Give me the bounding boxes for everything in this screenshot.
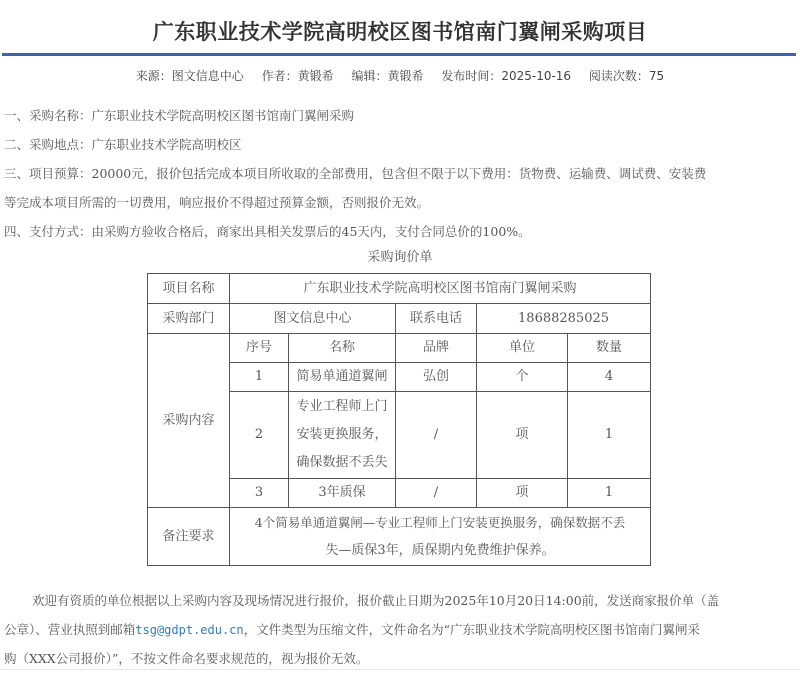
item-unit: 项 xyxy=(477,392,568,479)
row-department: 采购部门 图文信息中心 联系电话 18688285025 xyxy=(148,304,651,334)
section-procurement-name: 一、采购名称：广东职业技术学院高明校区图书馆南门翼闸采购 xyxy=(4,101,798,130)
notice-line-2: 公章）、营业执照到邮箱tsg@gdpt.edu.cn，文件类型为压缩文件，文件命… xyxy=(4,615,798,645)
item-no: 1 xyxy=(230,363,289,392)
remark-line-2: 失—质保3年，质保期内免费维护保养。 xyxy=(232,537,648,565)
item-name: 简易单通道翼闸 xyxy=(289,363,396,392)
section-budget: 三、项目预算：20000元，报价包括完成本项目所收取的全部费用，包含但不限于以下… xyxy=(4,159,798,188)
notice-line-2-before: 公章）、营业执照到邮箱 xyxy=(4,622,135,637)
item-no: 2 xyxy=(230,392,289,479)
item-brand: / xyxy=(396,479,477,508)
remark-label: 备注要求 xyxy=(148,508,230,566)
item-no: 3 xyxy=(230,479,289,508)
title-divider xyxy=(2,53,796,56)
meta-publish-time: 发布时间：2025-10-16 xyxy=(441,69,571,83)
header-brand: 品牌 xyxy=(396,334,477,363)
header-qty: 数量 xyxy=(568,334,651,363)
phone-label: 联系电话 xyxy=(396,304,477,334)
project-name-label: 项目名称 xyxy=(148,274,230,304)
items-header-row: 采购内容 序号 名称 品牌 单位 数量 xyxy=(148,334,651,363)
notice-line-2-after: ，文件类型为压缩文件，文件命名为“广东职业技术学院高明校区图书馆南门翼闸采 xyxy=(244,622,700,637)
item-qty: 1 xyxy=(568,479,651,508)
remark-value: 4个简易单通道翼闸—专业工程师上门安装更换服务，确保数据不丢 失—质保3年，质保… xyxy=(230,508,651,566)
meta-source: 来源：图文信息中心 xyxy=(136,69,244,83)
article-meta: 来源：图文信息中心 作者：黄锻希 编辑：黄锻希 发布时间：2025-10-16 … xyxy=(0,66,800,86)
dept-label: 采购部门 xyxy=(148,304,230,334)
item-qty: 4 xyxy=(568,363,651,392)
item-unit: 项 xyxy=(477,479,568,508)
row-remarks: 备注要求 4个简易单通道翼闸—专业工程师上门安装更换服务，确保数据不丢 失—质保… xyxy=(148,508,651,566)
item-brand: 弘创 xyxy=(396,363,477,392)
remark-line-1: 4个简易单通道翼闸—专业工程师上门安装更换服务，确保数据不丢 xyxy=(232,509,648,537)
header-unit: 单位 xyxy=(477,334,568,363)
quote-form-table: 项目名称 广东职业技术学院高明校区图书馆南门翼闸采购 采购部门 图文信息中心 联… xyxy=(147,273,651,566)
item-name: 专业工程师上门安装更换服务，确保数据不丢失 xyxy=(289,392,396,479)
item-name: 3年质保 xyxy=(289,479,396,508)
bottom-divider xyxy=(0,669,800,670)
item-brand: / xyxy=(396,392,477,479)
quote-form-caption: 采购询价单 xyxy=(0,247,800,269)
project-name-value: 广东职业技术学院高明校区图书馆南门翼闸采购 xyxy=(230,274,651,304)
header-no: 序号 xyxy=(230,334,289,363)
header-name: 名称 xyxy=(289,334,396,363)
email-link[interactable]: tsg@gdpt.edu.cn xyxy=(135,623,243,637)
row-project-name: 项目名称 广东职业技术学院高明校区图书馆南门翼闸采购 xyxy=(148,274,651,304)
section-procurement-location: 二、采购地点：广东职业技术学院高明校区 xyxy=(4,130,798,159)
phone-value: 18688285025 xyxy=(477,304,651,334)
item-qty: 1 xyxy=(568,392,651,479)
section-payment: 四、支付方式：由采购方验收合格后，商家出具相关发票后的45天内，支付合同总价的1… xyxy=(4,217,798,246)
meta-author: 作者：黄锻希 xyxy=(262,69,334,83)
content-label: 采购内容 xyxy=(148,334,230,508)
article-title: 广东职业技术学院高明校区图书馆南门翼闸采购项目 xyxy=(0,17,800,47)
meta-editor: 编辑：黄锻希 xyxy=(351,69,423,83)
section-budget-continued: 等完成本项目所需的一切费用，响应报价不得超过预算金额，否则报价无效。 xyxy=(4,188,798,217)
item-unit: 个 xyxy=(477,363,568,392)
meta-read-count: 阅读次数：75 xyxy=(589,69,664,83)
dept-value: 图文信息中心 xyxy=(230,304,396,334)
notice-line-1: 欢迎有资质的单位根据以上采购内容及现场情况进行报价，报价截止日期为2025年10… xyxy=(4,586,798,615)
